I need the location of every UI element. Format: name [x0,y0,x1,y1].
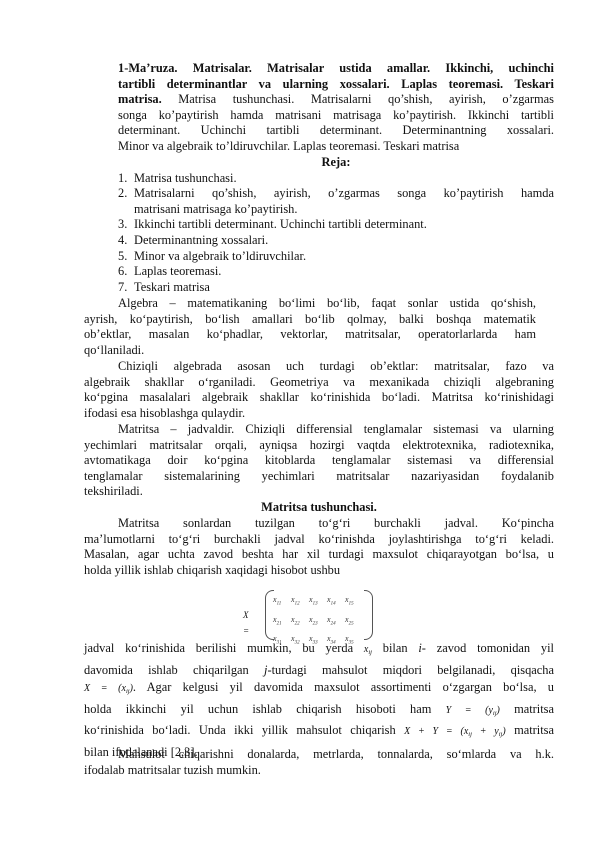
text-line: Chiziqli algebrada asosan uch turdagi ob… [84,359,554,375]
plan-item: 2.Matrisalarni qo’shish, ayirish, o’zgar… [118,186,554,217]
text-line: Matritsa – jadvaldir. Chiziqli differens… [84,422,554,438]
paragraph-algebra: Algebra – matematikaning bo‘limi bo‘lib,… [84,296,536,358]
text: -turdagi mahsulot miqdori belgilanadi, q… [267,663,554,677]
matrix-entry: x13 [309,593,327,611]
text: zavod tomonidan yil [426,641,554,655]
text-line: X = (xij). Agar kelgusi yil davomida max… [84,679,554,701]
text-line: Algebra – matematikaning bo‘limi bo‘lib,… [84,296,536,312]
text: matritsa [500,702,554,716]
text-line: jadval ko‘rinishida berilishi mumkin, bu… [84,640,554,662]
heading-line-3-rest: Matrisa tushunchasi. Matrisalarni qo’shi… [162,92,554,106]
text: . Agar kelgusi yil davomida maxsulot ass… [133,680,554,694]
text: ko‘rinishida bo‘ladi. Unda ikki yillik m… [84,723,404,737]
text-line: Mahsulot chiqarishni donalarda, metrlard… [84,747,554,763]
lecture-heading: 1-Ma’ruza. Matrisalar. Matrisalar ustida… [118,61,554,155]
paragraph-matrix-table: Matritsa – jadvaldir. Chiziqli differens… [84,422,554,500]
plan-item-text: Matrisalarni qo’shish, ayirish, o’zgarma… [134,186,554,200]
plan-item-number: 3. [118,217,134,233]
section-title: Matritsa tushunchasi. [84,500,554,516]
plan-item: 6.Laplas teoremasi. [118,264,554,280]
matrix-entry: x24 [327,613,345,631]
matrix-entry: x15 [345,593,363,611]
text-line: holda ikkinchi yil uchun ishlab chiqaris… [84,701,554,723]
heading-line-3-bold: matrisa. [118,92,162,106]
text-line: ko‘rinishida bo‘ladi. Unda ikki yillik m… [84,722,554,744]
plan-item: 1.Matrisa tushunchasi. [118,171,554,187]
plan-item-text: Ikkinchi tartibli determinant. Uchinchi … [134,217,427,231]
matrix-entry: x11 [273,593,291,611]
text-line: ifodasi esa hisoblashga qulaydir. [84,406,554,422]
text-line: yechimlari matritsalar orqali, ayniqsa h… [84,438,554,454]
plan-item-text: Laplas teoremasi. [134,264,221,278]
plan-item: 4.Determinantning xossalari. [118,233,554,249]
text: jadval ko‘rinishida berilishi mumkin, bu… [84,641,364,655]
plan-item-number: 1. [118,171,134,187]
text: davomida ishlab chiqarilgan [84,663,264,677]
summary-line-6: Minor va algebraik to’ldiruvchilar. Lapl… [118,139,554,155]
text-line: tekshiriladi. [84,484,554,500]
plan-item-text: Minor va algebraik to’ldiruvchilar. [134,249,306,263]
paragraph-linear-algebra: Chiziqli algebrada asosan uch turdagi ob… [84,359,554,421]
text-line: Matritsa sonlardan tuzilgan to‘g‘ri burc… [84,516,554,532]
paragraph-units: Mahsulot chiqarishni donalarda, metrlard… [84,747,554,778]
math-sum: X + Y = (x [404,726,468,737]
paragraph-matrix-example: jadval ko‘rinishida berilishi mumkin, bu… [84,640,554,761]
plan-item-text: Teskari matrisa [134,280,210,294]
summary-line-5: determinant. Uchinchi tartibli determina… [118,123,554,139]
plan-item-number: 6. [118,264,134,280]
matrix-entry: x25 [345,613,363,631]
plan-item: 7.Teskari matrisa [118,280,554,296]
matrix-entry: x14 [327,593,345,611]
text-line: qo‘llaniladi. [84,343,536,359]
plan-item-number: 2. [118,186,134,202]
text: holda ikkinchi yil uchun ishlab chiqaris… [84,702,446,716]
matrix-entry: x23 [309,613,327,631]
plan-item: 5.Minor va algebraik to’ldiruvchilar. [118,249,554,265]
text-line: ma’lumotlarni to‘g‘ri burchakli jadval k… [84,532,554,548]
plan-list: 1.Matrisa tushunchasi. 2.Matrisalarni qo… [118,171,554,296]
text-line: ifodalab matritsalar tuzish mumkin. [84,763,554,779]
text-line: algebraik shakllar o‘rganiladi. Geometri… [84,375,554,391]
document-page: 1-Ma’ruza. Matrisalar. Matrisalar ustida… [0,0,596,842]
summary-line-4: songa ko’paytirish hamda matrisani matri… [118,108,554,124]
plan-item: 3.Ikkinchi tartibli determinant. Uchinch… [118,217,554,233]
text-line: davomida ishlab chiqarilgan j-turdagi ma… [84,662,554,680]
text-line: avtomatikaga doir ko‘pgina kitoblarda te… [84,453,554,469]
matrix-entry: x12 [291,593,309,611]
heading-line-1: 1-Ma’ruza. Matrisalar. Matrisalar ustida… [118,61,554,77]
plan-item-text: Matrisa tushunchasi. [134,171,237,185]
text: matritsa [506,723,554,737]
italic-i: i- [418,641,426,655]
text: bilan [372,641,418,655]
plan-item-text: Determinantning xossalari. [134,233,268,247]
paragraph-matrix-definition: Matritsa sonlardan tuzilgan to‘g‘ri burc… [84,516,554,578]
right-parenthesis [364,590,373,640]
heading-line-2: tartibli determinantlar va ularning xoss… [118,77,554,93]
math-plus-y: + y [472,726,499,737]
plan-item-number: 7. [118,280,134,296]
plan-item-number: 5. [118,249,134,265]
math-y-equals: Y = (y [446,705,493,716]
text-line: tenglamalar sistemalarining yechimlari m… [84,469,554,485]
text-line: ayrish, ko‘paytirish, bo‘lish amallari b… [84,312,536,328]
text-line: ko‘pgina masalalari algebraik shakllar k… [84,390,554,406]
text-line: Masalan, agar uchta zavod beshta har xil… [84,547,554,563]
matrix-label: X = [243,608,249,639]
plan-item-number: 4. [118,233,134,249]
matrix-entry: x21 [273,613,291,631]
matrix-entry: x22 [291,613,309,631]
plan-title: Reja: [118,155,554,171]
text-line: holda yillik ishlab chiqarish xaqidagi h… [84,563,554,579]
plan-item-text-cont: matrisani matrisaga ko’paytirish. [118,202,554,218]
math-x-equals: X = (x [84,683,126,694]
text-line: ob’ektlar, masalan ko‘phadlar, vektorlar… [84,327,536,343]
plan-section: Reja: 1.Matrisa tushunchasi. 2.Matrisala… [118,155,554,295]
